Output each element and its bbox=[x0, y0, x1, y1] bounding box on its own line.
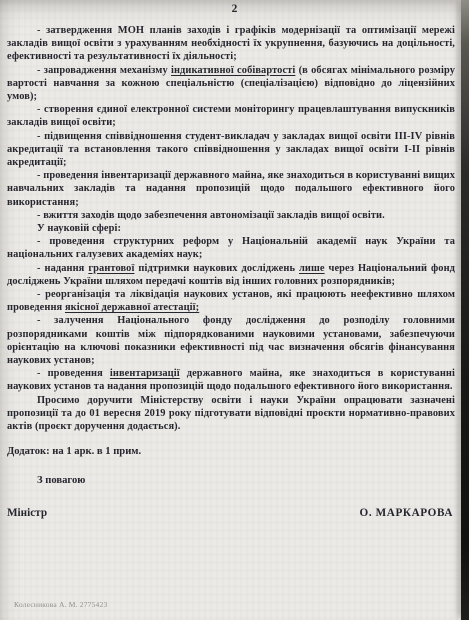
paragraph: - проведення структурних реформ у Націон… bbox=[7, 235, 455, 261]
paragraph: - залучення Національного фонду дослідже… bbox=[7, 314, 455, 367]
signer-title: Міністр bbox=[7, 507, 47, 519]
text-segment: - залучення Національного фонду дослідже… bbox=[7, 315, 455, 366]
document-body: - затвердження МОН планів заходів і граф… bbox=[7, 24, 455, 519]
executor-note: Колесникова А. М. 2775423 bbox=[14, 600, 107, 609]
paragraph: - підвищення співвідношення студент-викл… bbox=[7, 130, 455, 170]
text-segment: - вжиття заходів щодо забезпечення автон… bbox=[37, 210, 385, 221]
text-segment: - надання bbox=[37, 263, 88, 274]
text-segment: - проведення структурних реформ у Націон… bbox=[7, 236, 455, 260]
text-segment: Просимо доручити Міністерству освіти і н… bbox=[7, 395, 455, 432]
text-segment: - проведення інвентаризації державного м… bbox=[7, 170, 455, 207]
scan-edge-shadow bbox=[461, 0, 469, 620]
document-paragraphs: - затвердження МОН планів заходів і граф… bbox=[7, 24, 455, 433]
paragraph: - запровадження механізму індикативної с… bbox=[7, 64, 455, 104]
text-segment: - проведення bbox=[37, 368, 110, 379]
paragraph: - реорганізація та ліквідація наукових у… bbox=[7, 288, 455, 314]
text-segment: - запровадження механізму bbox=[37, 65, 171, 76]
paragraph: - створення єдиної електронної системи м… bbox=[7, 103, 455, 129]
paragraph: - проведення інвентаризації державного м… bbox=[7, 367, 455, 393]
text-segment: підтримки наукових досліджень bbox=[134, 263, 299, 274]
underlined-text: грантової bbox=[88, 263, 134, 274]
underlined-text: індикативної собівартості bbox=[171, 65, 295, 76]
text-segment: - затвердження МОН планів заходів і граф… bbox=[7, 25, 455, 62]
section-heading: У науковій сфері: bbox=[7, 222, 455, 235]
text-segment: - створення єдиної електронної системи м… bbox=[7, 104, 455, 128]
attachment-note: Додаток: на 1 арк. в 1 прим. bbox=[7, 446, 455, 457]
underlined-text: лише bbox=[299, 263, 325, 274]
text-segment: У науковій сфері: bbox=[37, 223, 121, 234]
signature-row: Міністр О. МАРКАРОВА bbox=[7, 507, 455, 519]
paragraph: - надання грантової підтримки наукових д… bbox=[7, 262, 455, 288]
signer-name: О. МАРКАРОВА bbox=[360, 507, 453, 519]
paragraph: Просимо доручити Міністерству освіти і н… bbox=[7, 394, 455, 434]
paragraph: - вжиття заходів щодо забезпечення автон… bbox=[7, 209, 455, 222]
paragraph: - проведення інвентаризації державного м… bbox=[7, 169, 455, 209]
paragraph: - затвердження МОН планів заходів і граф… bbox=[7, 24, 455, 64]
closing-salutation: З повагою bbox=[7, 475, 455, 486]
underlined-text: якісної державної атестації; bbox=[65, 302, 199, 313]
page-number: 2 bbox=[0, 3, 469, 15]
underlined-text: інвентаризації bbox=[110, 368, 180, 379]
text-segment: - підвищення співвідношення студент-викл… bbox=[7, 131, 455, 168]
scanned-document-page: 2 - затвердження МОН планів заходів і гр… bbox=[0, 0, 469, 620]
